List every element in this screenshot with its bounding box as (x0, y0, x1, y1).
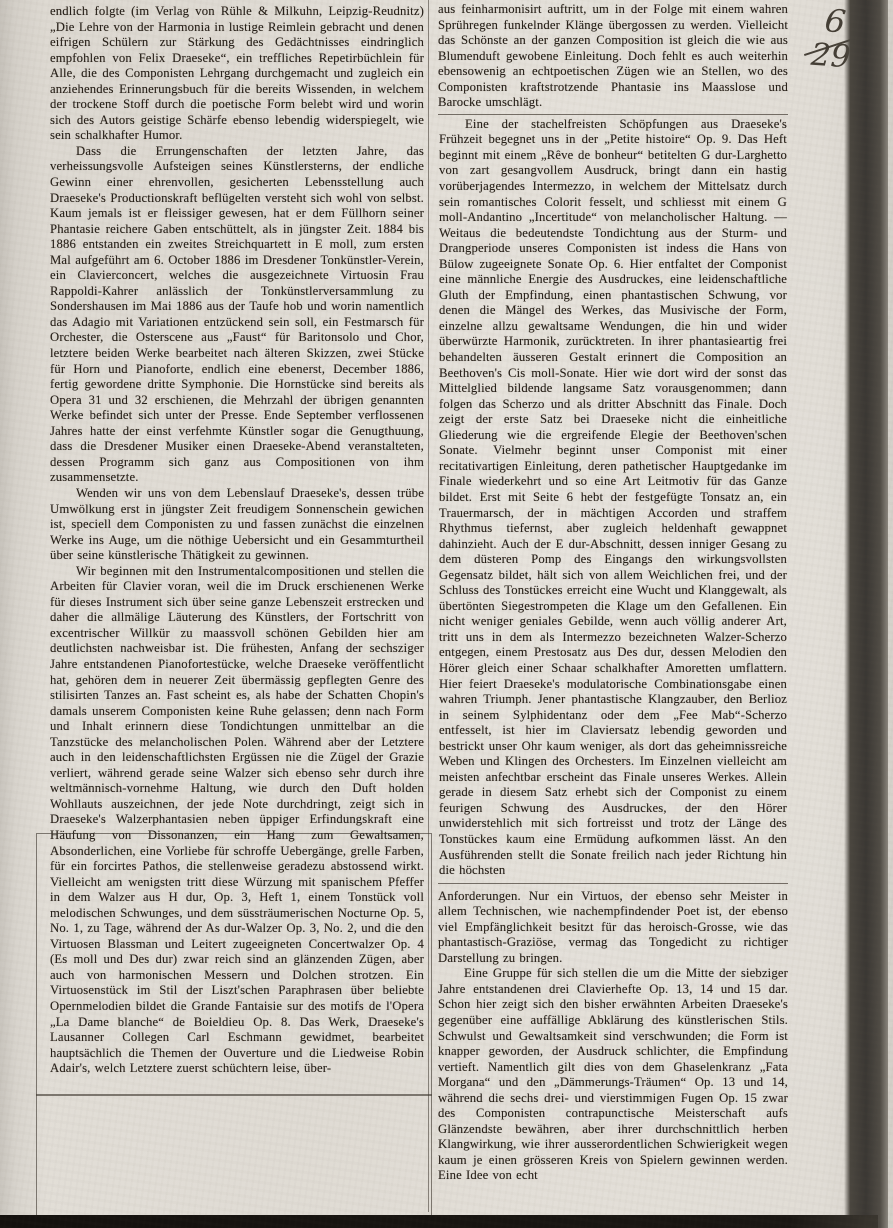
paragraph: Eine der stachelfreisten Schöpfungen aus… (439, 117, 787, 879)
left-column: endlich folgte (im Verlag von Rühle & Mi… (50, 4, 424, 1216)
paragraph: endlich folgte (im Verlag von Rühle & Mi… (50, 4, 424, 144)
pencil-box-annotation-right: Eine der stachelfreisten Schöpfungen aus… (438, 114, 788, 884)
right-column: aus feinharmonisirt auftritt, um in der … (438, 2, 788, 1216)
paragraph: aus feinharmonisirt auftritt, um in der … (438, 2, 788, 111)
scanned-journal-page: endlich folgte (im Verlag von Rühle & Mi… (0, 0, 893, 1228)
scan-bottom-shadow (0, 1215, 878, 1228)
paragraph: Eine Gruppe für sich stellen die um die … (438, 966, 788, 1184)
paragraph: Anforderungen. Nur ein Virtuos, der eben… (438, 889, 788, 967)
paragraph: Wir beginnen mit den Instrumentalcomposi… (50, 564, 424, 1077)
scan-gutter-shadow (844, 0, 888, 1228)
column-divider-rule (428, 0, 429, 1212)
paragraph: Dass die Errungenschaften der letzten Ja… (50, 144, 424, 486)
paragraph: Wenden wir uns von dem Lebenslauf Draese… (50, 486, 424, 564)
